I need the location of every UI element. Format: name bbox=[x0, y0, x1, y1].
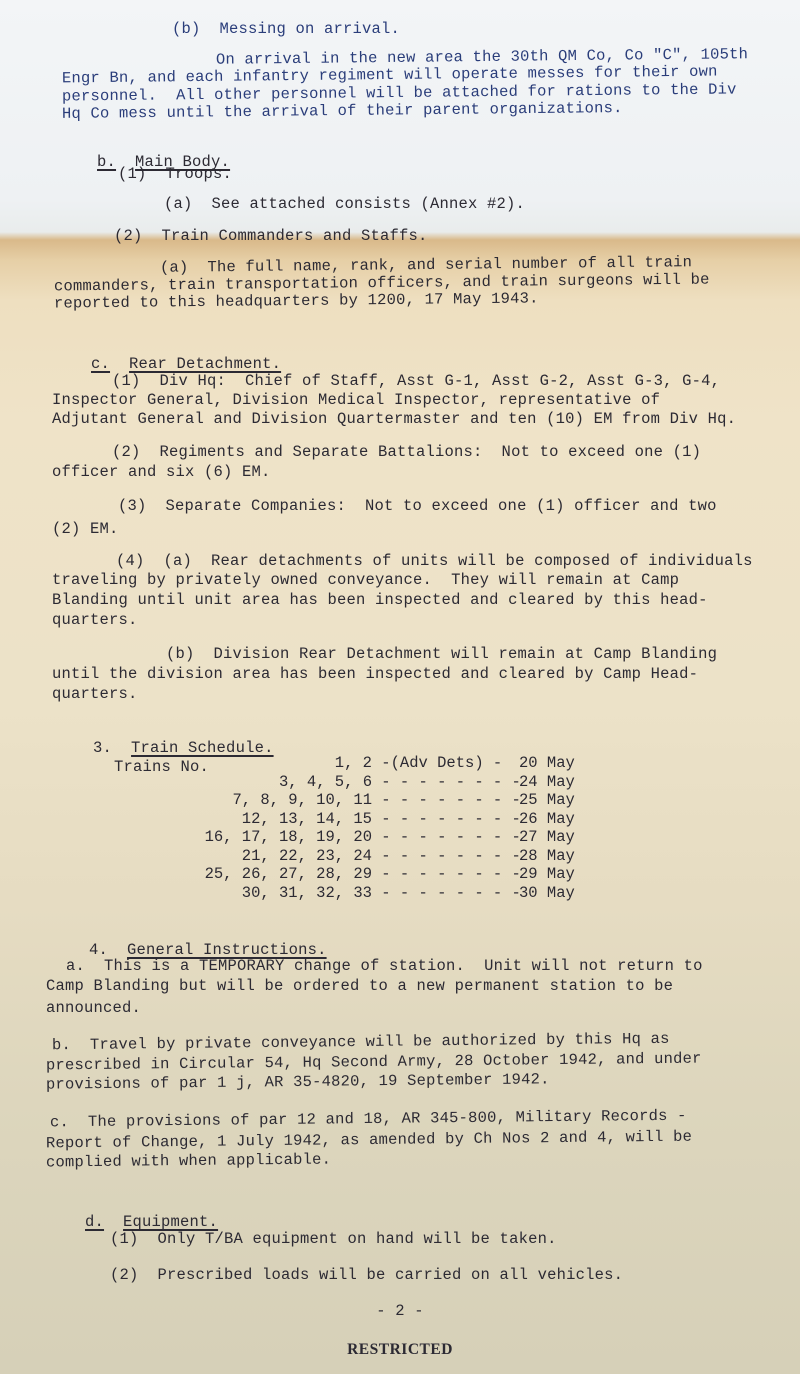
schedule-leader: -(Adv Dets) - bbox=[372, 754, 512, 772]
train-commanders-heading: (2) Train Commanders and Staffs. bbox=[114, 227, 428, 246]
equipment-heading: d. Equipment. bbox=[66, 1194, 218, 1232]
schedule-trains: 16, 17, 18, 19, 20 bbox=[205, 828, 372, 846]
train-schedule-title: Train Schedule. bbox=[131, 739, 274, 757]
instr-a-line-3: announced. bbox=[46, 999, 141, 1018]
schedule-leader: - - - - - - - - bbox=[372, 773, 530, 791]
schedule-date: 24 May bbox=[519, 773, 575, 791]
instr-c-line-2: Report of Change, 1 July 1942, as amende… bbox=[46, 1128, 692, 1154]
schedule-trains: 1, 2 bbox=[335, 754, 372, 772]
train-commanders-line-3: reported to this headquarters by 1200, 1… bbox=[54, 289, 539, 313]
page-number: - 2 - bbox=[0, 1302, 800, 1321]
schedule-leader: - - - - - - - - bbox=[372, 791, 530, 809]
rear-detachment-title: Rear Detachment. bbox=[129, 355, 281, 373]
schedule-date: 30 May bbox=[519, 884, 575, 902]
schedule-leader: - - - - - - - - bbox=[372, 847, 530, 865]
rear-detachment-heading: c. Rear Detachment. bbox=[72, 336, 281, 374]
rear-item2-line-2: officer and six (6) EM. bbox=[52, 463, 271, 482]
rear-item4a-line-2: traveling by privately owned conveyance.… bbox=[52, 571, 679, 590]
messing-heading: (b) Messing on arrival. bbox=[172, 20, 400, 39]
schedule-leader: - - - - - - - - bbox=[372, 865, 530, 883]
rear-item4b-line-2: until the division area has been inspect… bbox=[52, 665, 698, 684]
schedule-trains: 12, 13, 14, 15 bbox=[242, 810, 372, 828]
schedule-date: 25 May bbox=[519, 791, 575, 809]
schedule-date: 27 May bbox=[519, 828, 575, 846]
schedule-trains: 30, 31, 32, 33 bbox=[242, 884, 372, 902]
rear-item4a-line-1: (4) (a) Rear detachments of units will b… bbox=[116, 552, 753, 571]
rear-item4b-line-1: (b) Division Rear Detachment will remain… bbox=[166, 645, 717, 664]
rear-item1-line-3: Adjutant General and Division Quartermas… bbox=[52, 410, 736, 429]
rear-item2-line-1: (2) Regiments and Separate Battalions: N… bbox=[112, 443, 701, 462]
schedule-trains: 25, 26, 27, 28, 29 bbox=[205, 865, 372, 883]
instr-a-line-2: Camp Blanding but will be ordered to a n… bbox=[46, 977, 673, 996]
rear-item3-line-2: (2) EM. bbox=[52, 520, 119, 539]
schedule-trains: 7, 8, 9, 10, 11 bbox=[232, 791, 372, 809]
equipment-item-1: (1) Only T/BA equipment on hand will be … bbox=[110, 1230, 557, 1249]
train-schedule-heading: 3. Train Schedule. bbox=[74, 720, 274, 758]
instr-c-line-3: complied with when applicable. bbox=[46, 1151, 331, 1173]
classification-marking: RESTRICTED bbox=[0, 1340, 800, 1359]
schedule-date: 20 May bbox=[519, 754, 575, 772]
rear-item4a-line-4: quarters. bbox=[52, 611, 138, 630]
rear-detachment-label: c. bbox=[91, 355, 110, 373]
schedule-trains: 21, 22, 23, 24 bbox=[242, 847, 372, 865]
schedule-leader: - - - - - - - - bbox=[372, 810, 530, 828]
trains-no-label: Trains No. bbox=[114, 758, 209, 777]
general-instructions-heading: 4. General Instructions. bbox=[70, 922, 327, 960]
train-schedule-label: 3. bbox=[93, 739, 112, 757]
schedule-leader: - - - - - - - - bbox=[372, 828, 530, 846]
rear-item1-line-1: (1) Div Hq: Chief of Staff, Asst G-1, As… bbox=[112, 372, 720, 391]
equipment-title: Equipment. bbox=[123, 1213, 218, 1231]
schedule-trains: 3, 4, 5, 6 bbox=[279, 773, 372, 791]
equipment-label: d. bbox=[85, 1213, 104, 1231]
schedule-date: 29 May bbox=[519, 865, 575, 883]
main-body-label: b. bbox=[97, 153, 116, 171]
rear-item4b-line-3: quarters. bbox=[52, 685, 138, 704]
equipment-item-2: (2) Prescribed loads will be carried on … bbox=[110, 1266, 623, 1285]
schedule-date: 28 May bbox=[519, 847, 575, 865]
troops-annex: (a) See attached consists (Annex #2). bbox=[164, 195, 525, 214]
instr-b-line-3: provisions of par 1 j, AR 35-4820, 19 Se… bbox=[46, 1070, 550, 1094]
schedule-date: 26 May bbox=[519, 810, 575, 828]
instr-a-line-1: a. This is a TEMPORARY change of station… bbox=[66, 957, 703, 976]
rear-item3-line-1: (3) Separate Companies: Not to exceed on… bbox=[118, 497, 717, 516]
rear-item1-line-2: Inspector General, Division Medical Insp… bbox=[52, 391, 660, 410]
troops-heading: (1) Troops. bbox=[118, 165, 232, 184]
schedule-leader: - - - - - - - - bbox=[372, 884, 530, 902]
rear-item4a-line-3: Blanding until unit area has been inspec… bbox=[52, 591, 708, 610]
